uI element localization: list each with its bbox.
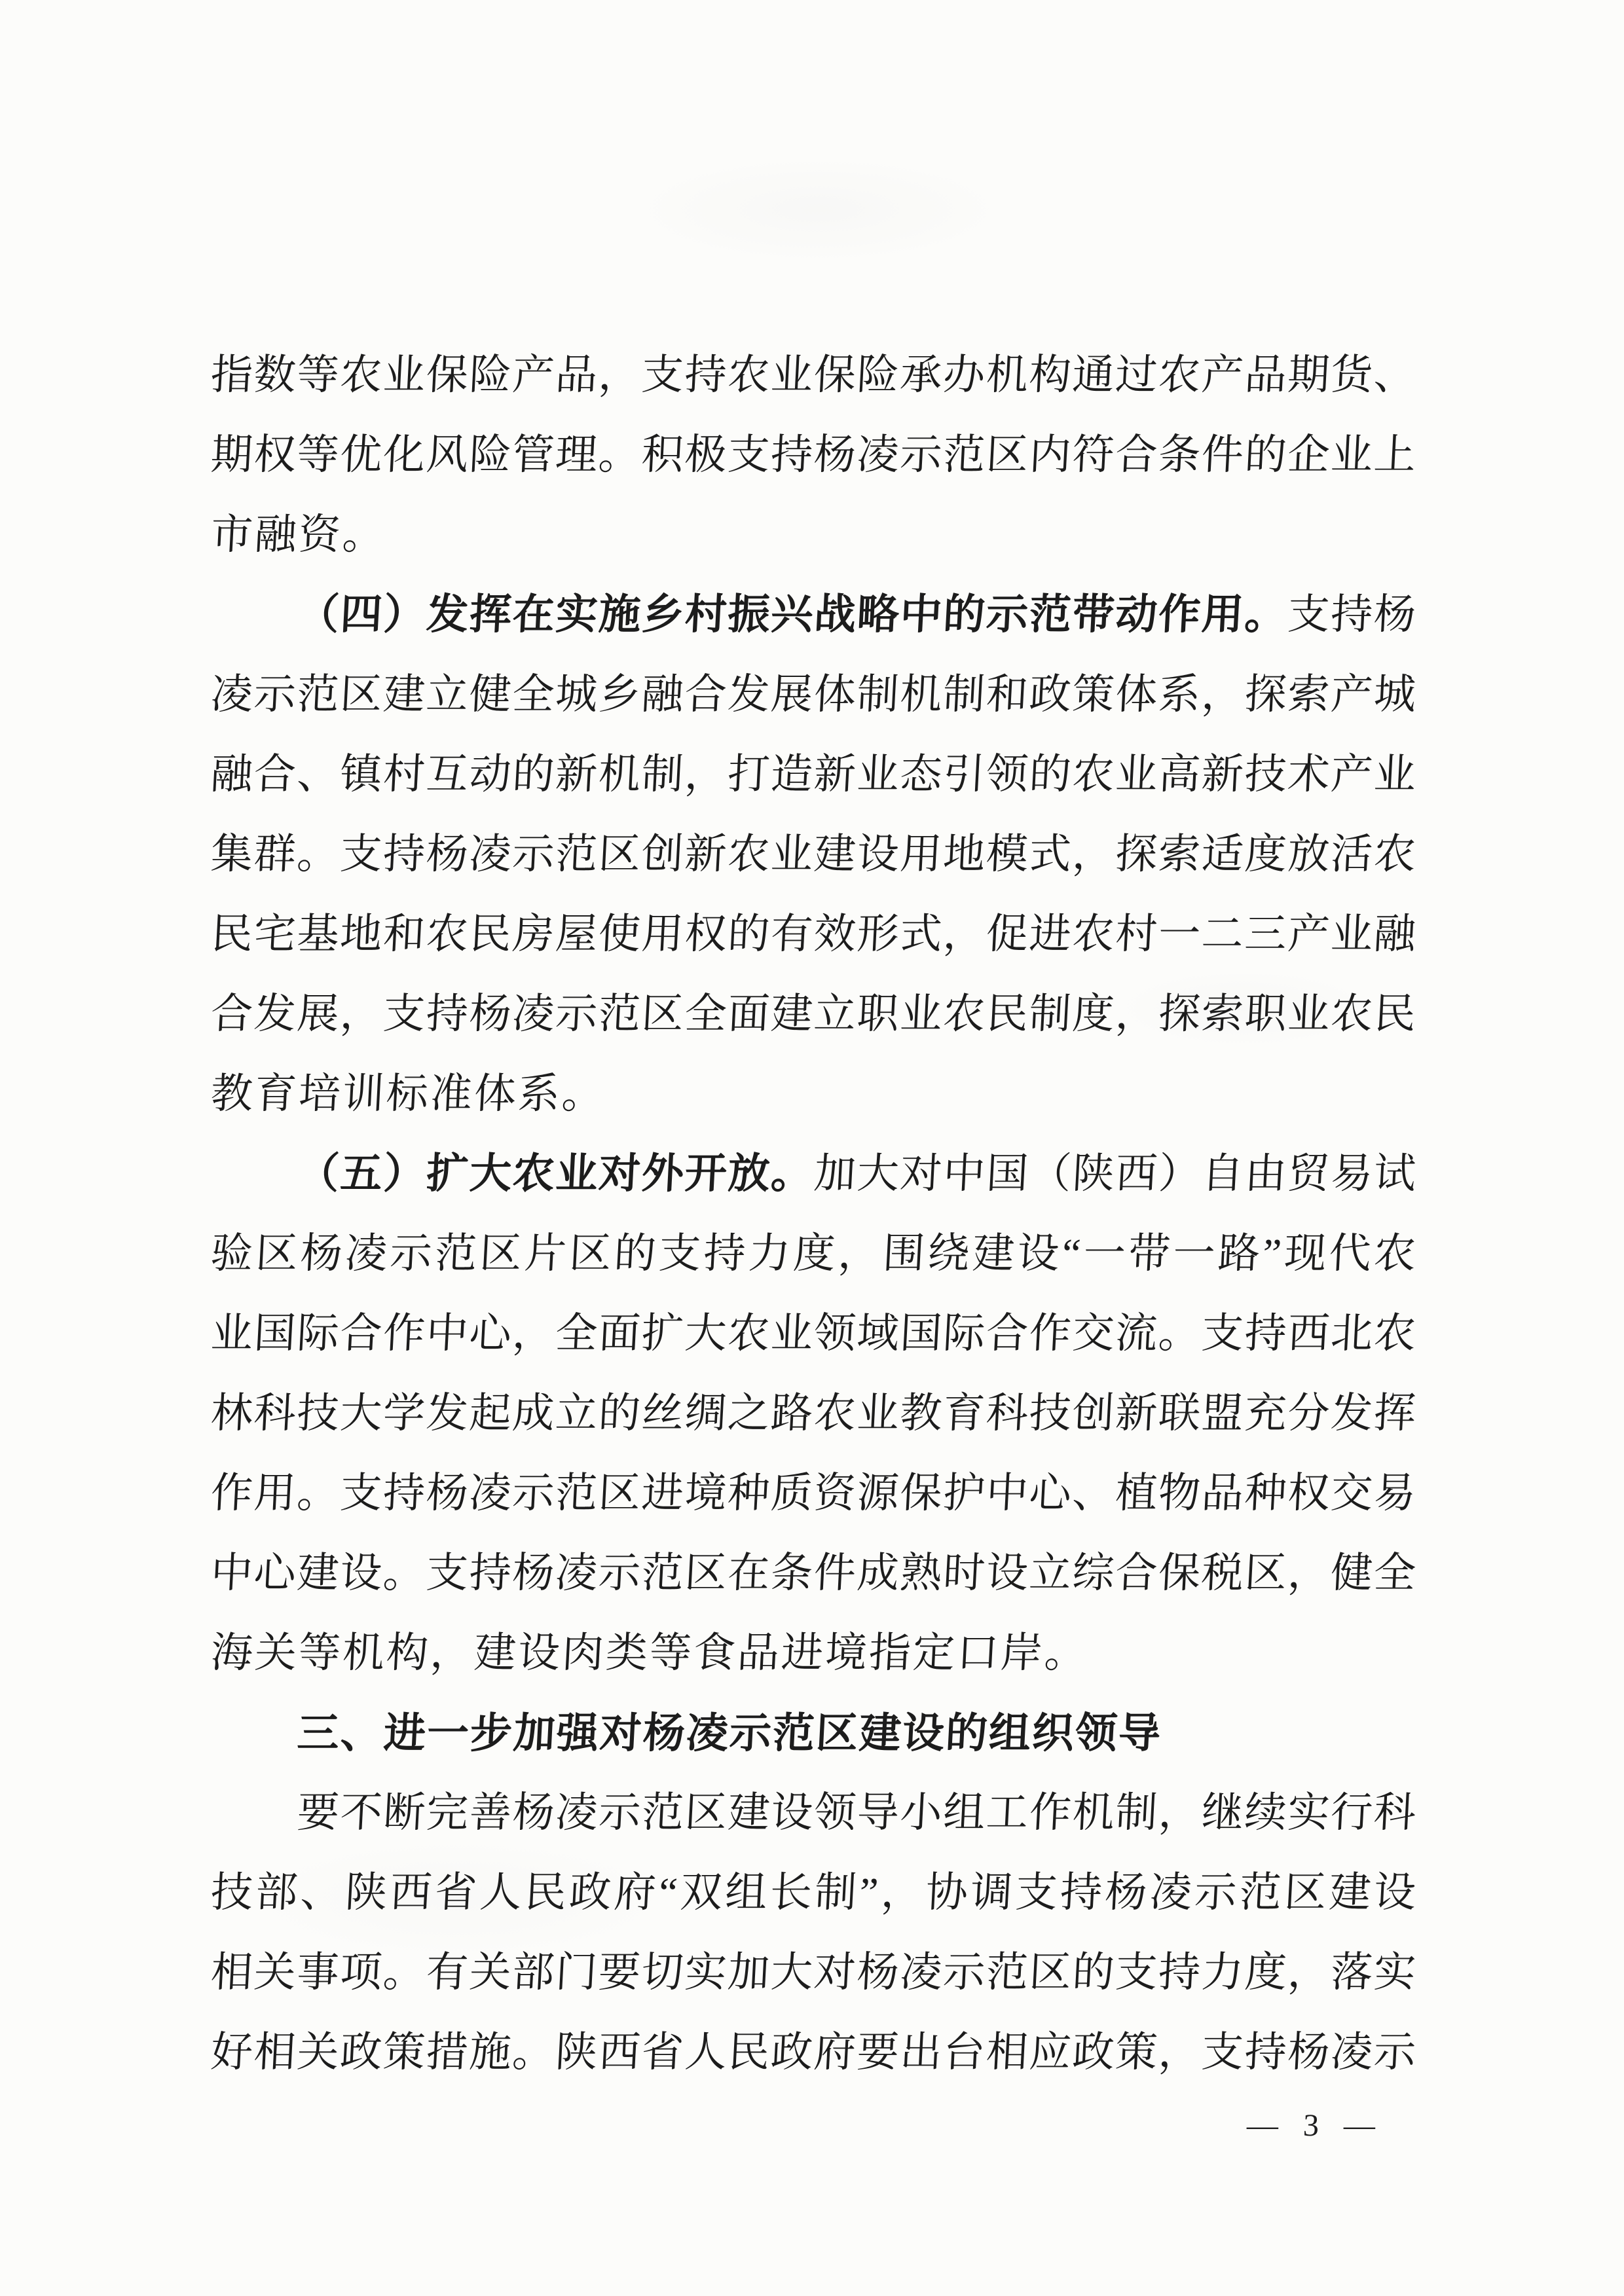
body-text-segment: 指数等农业保险产品，支持农业保险承办机构通过农产品期货、 [210, 352, 1417, 398]
body-text-segment: 业国际合作中心，全面扩大农业领域国际合作交流。支持西北农 [210, 1310, 1417, 1357]
body-text-segment: 市融资。 [210, 511, 388, 558]
body-text-segment: 合发展，支持杨凌示范区全面建立职业农民制度，探索职业农民 [210, 991, 1417, 1037]
text-line: 教育培训标准体系。 [209, 1054, 1418, 1134]
text-line: 要不断完善杨凌示范区建设领导小组工作机制，继续实行科 [209, 1773, 1418, 1853]
body-text-segment: 教育培训标准体系。 [210, 1070, 607, 1117]
section-lead-text: （五）扩大农业对外开放。 [296, 1150, 815, 1197]
text-line: 融合、镇村互动的新机制，打造新业态引领的农业高新技术产业 [209, 735, 1418, 814]
text-line: 业国际合作中心，全面扩大农业领域国际合作交流。支持西北农 [209, 1294, 1418, 1374]
text-line: 中心建设。支持杨凌示范区在条件成熟时设立综合保税区，健全 [209, 1533, 1418, 1613]
body-text-segment: 民宅基地和农民房屋使用权的有效形式，促进农村一二三产业融 [210, 911, 1417, 957]
text-line: 相关事项。有关部门要切实加大对杨凌示范区的支持力度，落实 [209, 1933, 1418, 2013]
body-text-segment: 支持杨 [1287, 591, 1417, 638]
body-text-segment: 期权等优化风险管理。积极支持杨凌示范区内符合条件的企业上 [210, 431, 1417, 478]
body-text-segment: 集群。支持杨凌示范区创新农业建设用地模式，探索适度放活农 [210, 831, 1417, 877]
text-line: 三、进一步加强对杨凌示范区建设的组织领导 [209, 1693, 1418, 1773]
body-text-segment: 验区杨凌示范区片区的支持力度，围绕建设“一带一路”现代农 [210, 1230, 1417, 1277]
text-line: 林科技大学发起成立的丝绸之路农业教育科技创新联盟充分发挥 [209, 1374, 1418, 1453]
body-text-segment: 技部、陕西省人民政府“双组长制”，协调支持杨凌示范区建设 [210, 1869, 1417, 1916]
text-line: 好相关政策措施。陕西省人民政府要出台相应政策，支持杨凌示 [209, 2013, 1418, 2092]
text-line: 集群。支持杨凌示范区创新农业建设用地模式，探索适度放活农 [209, 814, 1418, 894]
text-line: （五）扩大农业对外开放。加大对中国（陕西）自由贸易试 [209, 1134, 1418, 1214]
page-number: — 3 — [1246, 2103, 1377, 2149]
scanned-document-page: 指数等农业保险产品，支持农业保险承办机构通过农产品期货、期权等优化风险管理。积极… [0, 0, 1624, 2296]
body-text-segment: 中心建设。支持杨凌示范区在条件成熟时设立综合保税区，健全 [210, 1550, 1417, 1596]
text-line: 凌示范区建立健全城乡融合发展体制机制和政策体系，探索产城 [209, 655, 1418, 735]
text-line: 民宅基地和农民房屋使用权的有效形式，促进农村一二三产业融 [209, 894, 1418, 974]
text-line: 合发展，支持杨凌示范区全面建立职业农民制度，探索职业农民 [209, 974, 1418, 1054]
text-line: 期权等优化风险管理。积极支持杨凌示范区内符合条件的企业上 [209, 415, 1418, 495]
section-heading-text: 三、进一步加强对杨凌示范区建设的组织领导 [296, 1709, 1163, 1757]
text-line: 技部、陕西省人民政府“双组长制”，协调支持杨凌示范区建设 [209, 1853, 1418, 1933]
text-line: 作用。支持杨凌示范区进境种质资源保护中心、植物品种权交易 [209, 1453, 1418, 1533]
text-line: 海关等机构，建设肉类等食品进境指定口岸。 [209, 1613, 1418, 1693]
body-text-segment: 凌示范区建立健全城乡融合发展体制机制和政策体系，探索产城 [210, 671, 1417, 718]
body-text-segment: 融合、镇村互动的新机制，打造新业态引领的农业高新技术产业 [210, 751, 1417, 797]
text-line: 验区杨凌示范区片区的支持力度，围绕建设“一带一路”现代农 [209, 1214, 1418, 1294]
text-line: （四）发挥在实施乡村振兴战略中的示范带动作用。支持杨 [209, 575, 1418, 655]
document-body: 指数等农业保险产品，支持农业保险承办机构通过农产品期货、期权等优化风险管理。积极… [211, 335, 1416, 2092]
section-lead-text: （四）发挥在实施乡村振兴战略中的示范带动作用。 [296, 591, 1289, 638]
body-text-segment: 海关等机构，建设肉类等食品进境指定口岸。 [210, 1630, 1090, 1676]
body-text-segment: 要不断完善杨凌示范区建设领导小组工作机制，继续实行科 [296, 1789, 1417, 1836]
body-text-segment: 林科技大学发起成立的丝绸之路农业教育科技创新联盟充分发挥 [210, 1390, 1417, 1436]
body-text-segment: 作用。支持杨凌示范区进境种质资源保护中心、植物品种权交易 [210, 1470, 1417, 1516]
body-text-segment: 加大对中国（陕西）自由贸易试 [813, 1150, 1417, 1197]
text-line: 市融资。 [209, 495, 1418, 575]
body-text-segment: 好相关政策措施。陕西省人民政府要出台相应政策，支持杨凌示 [210, 2029, 1417, 2075]
text-line: 指数等农业保险产品，支持农业保险承办机构通过农产品期货、 [209, 335, 1418, 415]
body-text-segment: 相关事项。有关部门要切实加大对杨凌示范区的支持力度，落实 [210, 1949, 1417, 1995]
